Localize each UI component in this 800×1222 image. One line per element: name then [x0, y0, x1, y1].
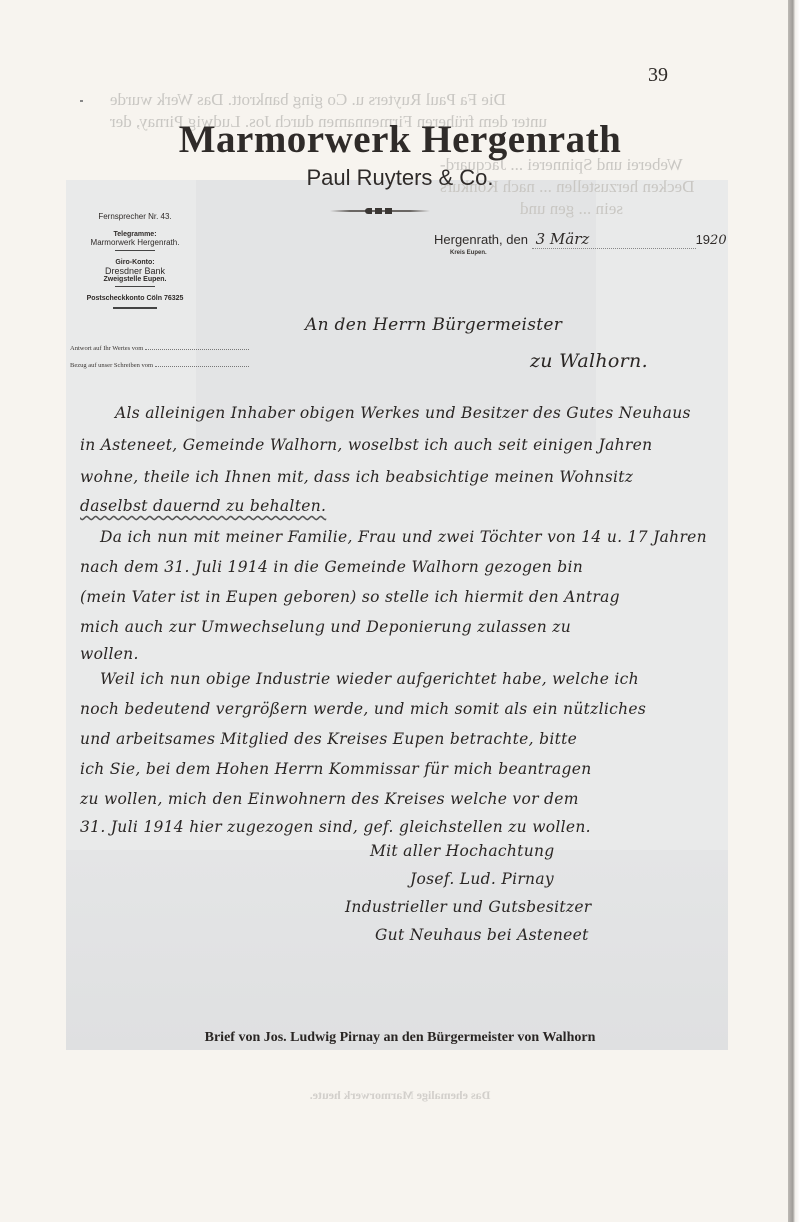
- letter-line: mich auch zur Umwechselung und Deponieru…: [80, 618, 571, 636]
- showthrough-caption: Das ehemalige Marmorwerk heute.: [0, 1088, 800, 1103]
- telegram-label: Telegramme:: [70, 231, 200, 238]
- figure-caption: Brief von Jos. Ludwig Pirnay an den Bürg…: [0, 1030, 800, 1046]
- scan-mark: [80, 100, 83, 102]
- dotted-fill: [155, 366, 250, 367]
- postcheck-account: Postscheckkonto Cöln 76325: [70, 295, 200, 302]
- signature: Josef. Lud. Pirnay: [410, 870, 554, 888]
- dotted-fill: [145, 349, 250, 350]
- our-reference-line: Bezug auf unser Schreiben vom: [70, 362, 250, 369]
- year-suffix: 20: [710, 233, 727, 248]
- letter-line: Da ich nun mit meiner Familie, Frau und …: [100, 528, 707, 546]
- telegram-value: Marmorwerk Hergenrath.: [70, 238, 200, 247]
- photo-upper-region: [196, 180, 596, 440]
- reply-label: Antwort auf Ihr Wertes vom: [70, 345, 143, 352]
- letterhead-contact-block: Fernsprecher Nr. 43. Telegramme: Marmorw…: [70, 212, 200, 309]
- phone-number: Fernsprecher Nr. 43.: [70, 212, 200, 221]
- letter-line: wohne, theile ich Ihnen mit, dass ich be…: [80, 468, 633, 486]
- district-label: Kreis Eupen.: [450, 250, 487, 256]
- letter-closing: Mit aller Hochachtung: [370, 842, 554, 860]
- divider: [113, 307, 157, 309]
- letter-line: (mein Vater ist in Eupen geboren) so ste…: [80, 588, 620, 606]
- divider: [115, 250, 155, 251]
- letter-line: und arbeitsames Mitglied des Kreises Eup…: [80, 730, 577, 748]
- reply-reference-line: Antwort auf Ihr Wertes vom: [70, 345, 250, 352]
- address-line-2: zu Walhorn.: [530, 350, 648, 372]
- handwritten-date: 3 März: [532, 230, 696, 249]
- letter-line: noch bedeutend vergrößern werde, und mic…: [80, 700, 646, 718]
- letter-line: 31. Juli 1914 hier zugezogen sind, gef. …: [80, 818, 591, 836]
- letter-line: in Asteneet, Gemeinde Walhorn, woselbst …: [80, 436, 652, 454]
- giro-label: Giro-Konto:: [70, 259, 200, 266]
- ornament-divider: [330, 210, 430, 212]
- divider: [115, 286, 155, 287]
- date-line: Hergenrath, den 3 März1920: [434, 230, 727, 249]
- signer-title: Industrieller und Gutsbesitzer: [345, 898, 592, 916]
- letter-line: Weil ich nun obige Industrie wieder aufg…: [100, 670, 639, 688]
- photo-house-region: [66, 850, 728, 1050]
- letterhead-company: Marmorwerk Hergenrath: [0, 117, 800, 162]
- giro-bank: Dresdner Bank: [70, 266, 200, 276]
- signer-residence: Gut Neuhaus bei Asteneet: [375, 926, 589, 944]
- letter-line: daselbst dauernd zu behalten.: [80, 497, 326, 515]
- page-number: 39: [648, 64, 668, 87]
- letter-line: Als alleinigen Inhaber obigen Werkes und…: [115, 404, 691, 422]
- letter-line: ich Sie, bei dem Hohen Herrn Kommissar f…: [80, 760, 592, 778]
- letter-line: wollen.: [80, 645, 139, 663]
- letter-line: zu wollen, mich den Einwohnern des Kreis…: [80, 790, 579, 808]
- place-label: Hergenrath, den: [434, 232, 528, 247]
- faded-photo-background: [66, 180, 728, 1050]
- giro-branch: Zweigstelle Eupen.: [70, 276, 200, 283]
- letterhead-owner: Paul Ruyters & Co.: [0, 165, 800, 191]
- showthrough-line: sein ... gen und: [520, 199, 623, 219]
- year-prefix: 19: [696, 232, 710, 247]
- showthrough-line: Die Fa Paul Ruyters u. Co ging bankrott.…: [110, 90, 506, 110]
- letter-line: nach dem 31. Juli 1914 in die Gemeinde W…: [80, 558, 583, 576]
- address-line-1: An den Herrn Bürgermeister: [305, 315, 562, 335]
- reference-label: Bezug auf unser Schreiben vom: [70, 362, 153, 369]
